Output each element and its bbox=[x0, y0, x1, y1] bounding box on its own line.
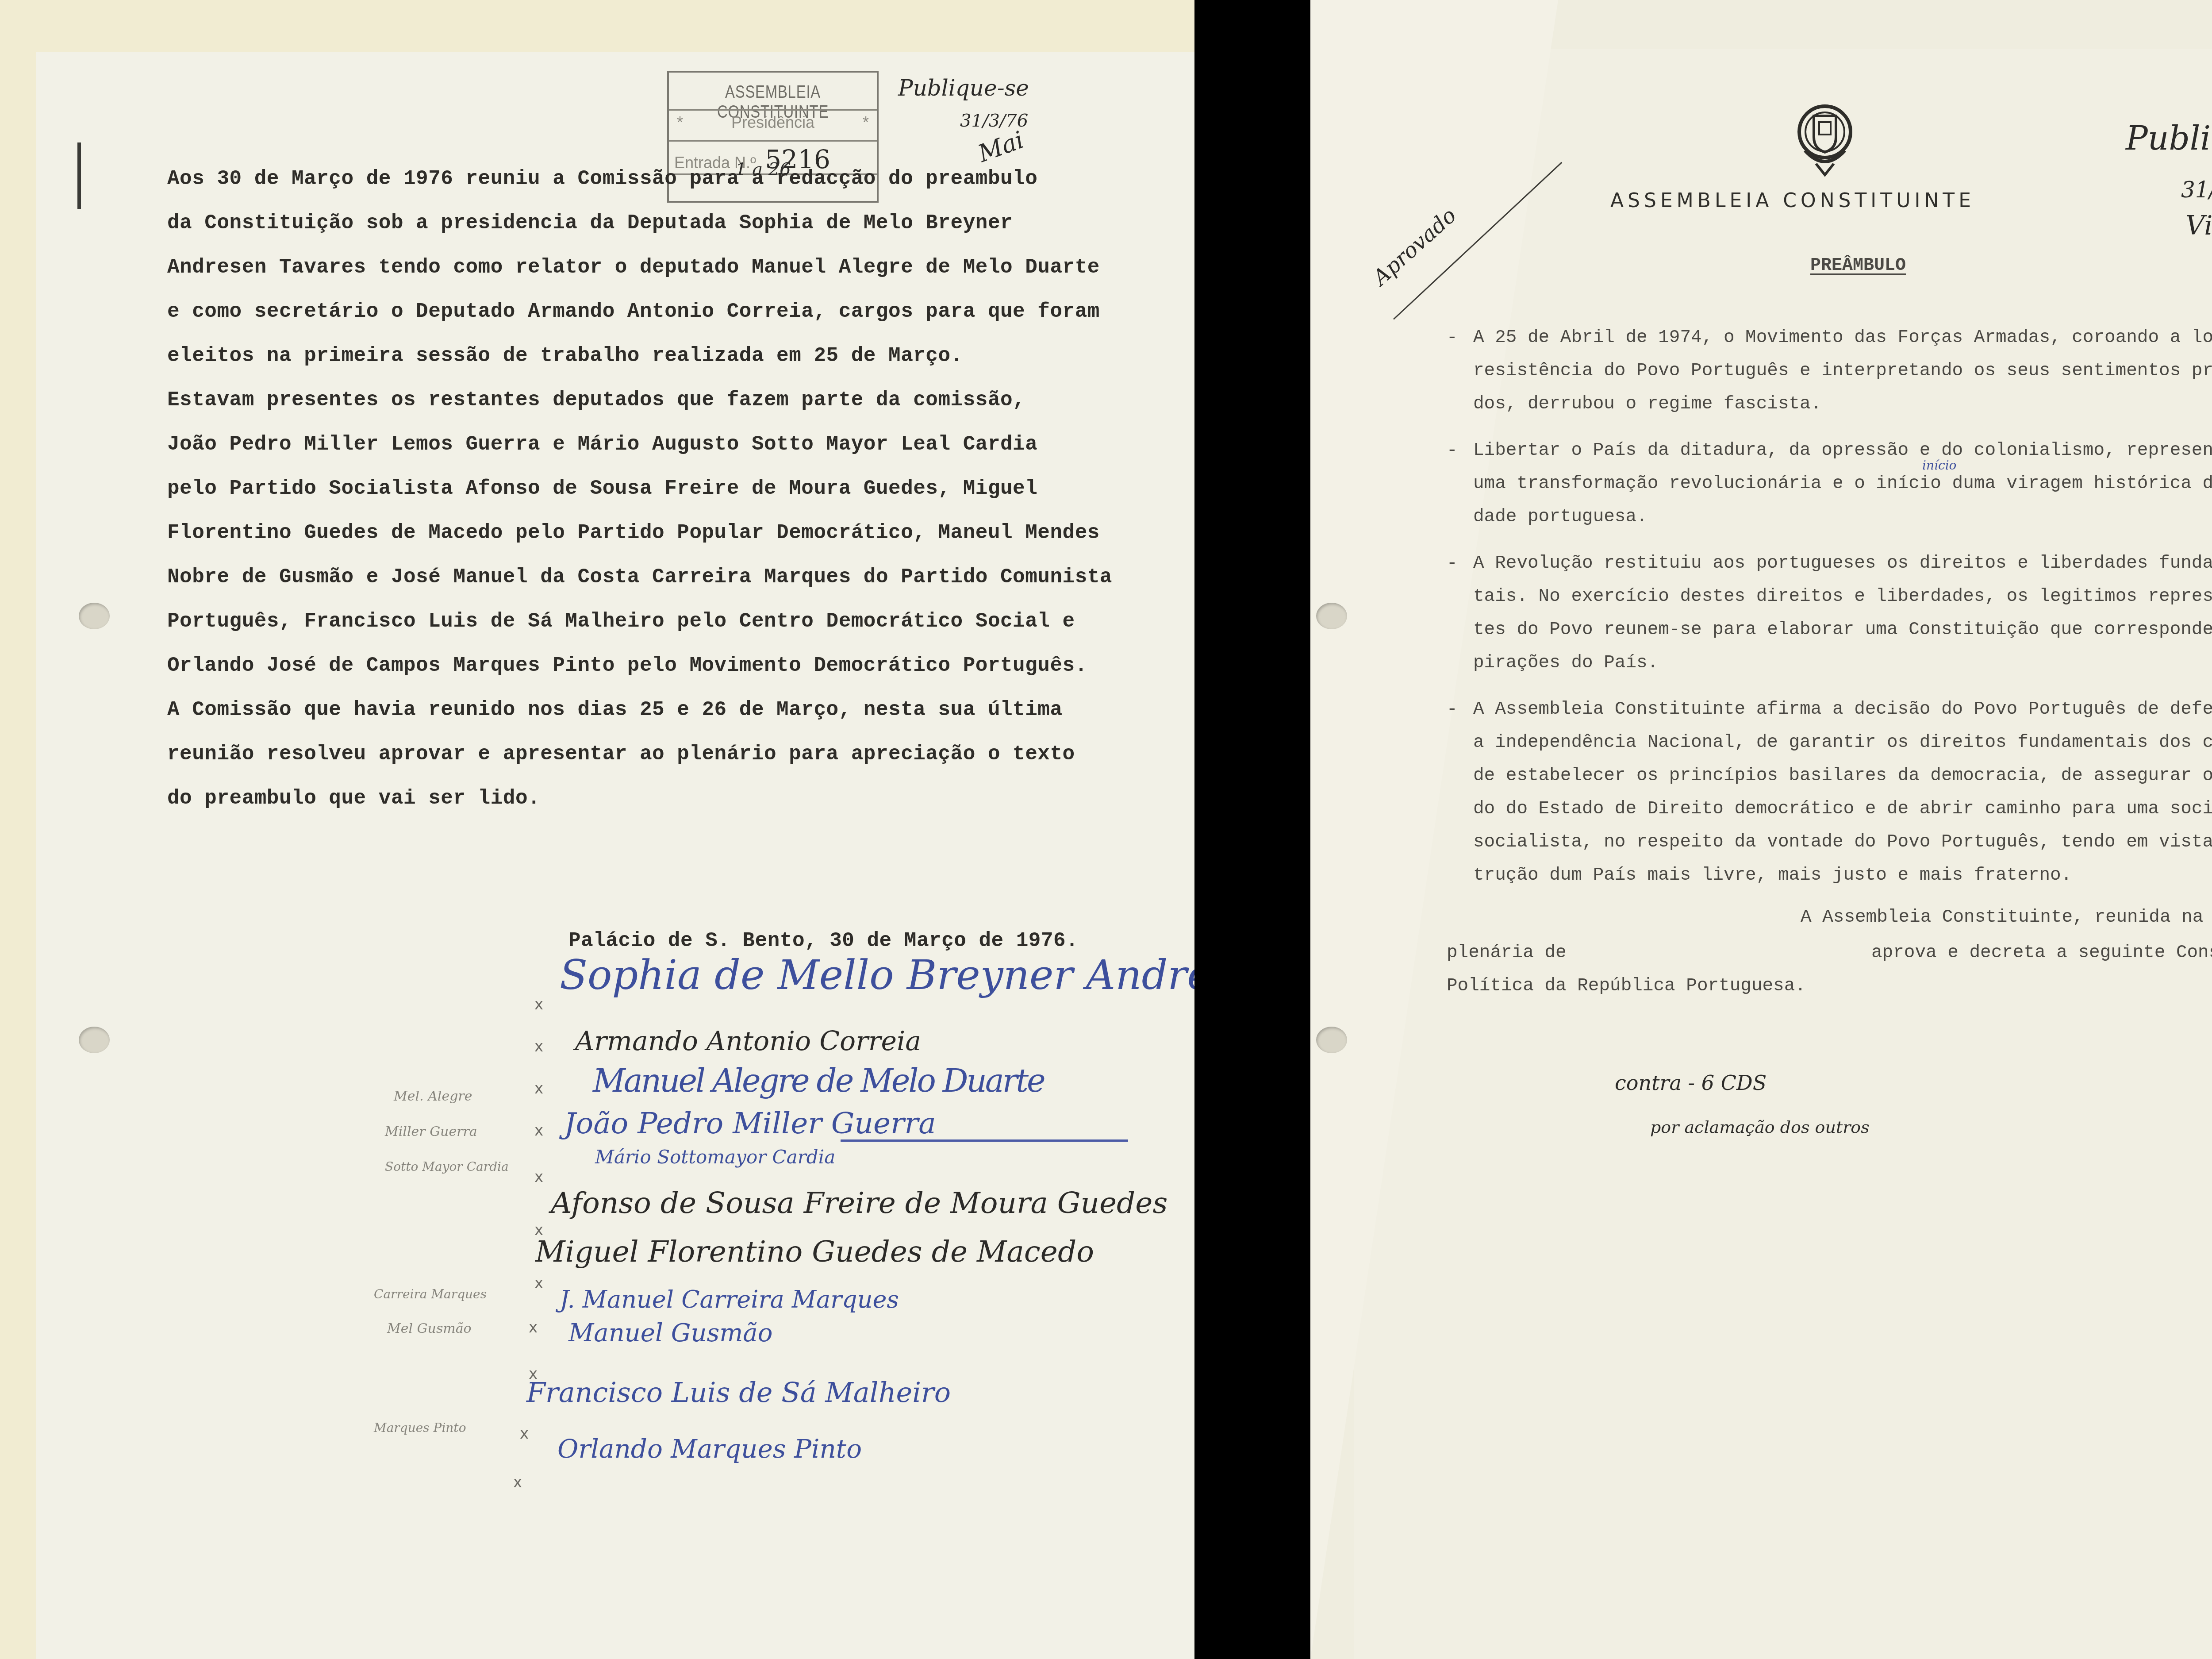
body-line: reunião resolveu aprovar e apresentar ao… bbox=[167, 743, 1075, 766]
margin-name-note: Miller Guerra bbox=[385, 1124, 477, 1139]
body-line: da Constituição sob a presidencia da Dep… bbox=[167, 212, 1013, 235]
place-date: Palácio de S. Bento, 30 de Março de 1976… bbox=[568, 929, 1078, 952]
punch-hole-top bbox=[79, 603, 110, 629]
signature: Armando Antonio Correia bbox=[575, 1026, 921, 1057]
x-mark: x bbox=[513, 1474, 522, 1491]
publish-annotation-date: 31/3/76 bbox=[2181, 177, 2212, 203]
signature: Miguel Florentino Guedes de Macedo bbox=[535, 1235, 1094, 1269]
paragraph-line: socialista, no respeito da vontade do Po… bbox=[1473, 832, 2212, 852]
paragraph-line: resistência do Povo Português e interpre… bbox=[1473, 361, 2212, 381]
x-mark: x bbox=[529, 1319, 538, 1336]
paragraph-line: A 25 de Abril de 1974, o Movimento das F… bbox=[1473, 327, 2212, 348]
paragraph-line: a independência Nacional, de garantir os… bbox=[1473, 732, 2212, 753]
paragraph-line: Libertar o País da ditadura, da opressão… bbox=[1473, 440, 2212, 461]
signature: Afonso de Sousa Freire de Moura Guedes bbox=[551, 1186, 1167, 1220]
signature: J. Manuel Carreira Marques bbox=[560, 1286, 899, 1313]
body-line: A Comissão que havia reunido nos dias 25… bbox=[167, 698, 1063, 721]
publish-annotation-signature: Vital Moreira bbox=[2185, 210, 2212, 241]
body-line: Andresen Tavares tendo como relator o de… bbox=[167, 256, 1100, 279]
paragraph-line: dade portuguesa. bbox=[1473, 507, 1647, 527]
body-line: pelo Partido Socialista Afonso de Sousa … bbox=[167, 477, 1037, 500]
body-line: Florentino Guedes de Macedo pelo Partido… bbox=[167, 521, 1100, 544]
bullet-dash: - bbox=[1447, 553, 1458, 574]
signature-flourish bbox=[841, 1139, 1128, 1142]
publish-annotation: Publique-se bbox=[898, 75, 1029, 101]
paragraph-line: de estabelecer os princípios basilares d… bbox=[1473, 766, 2212, 786]
punch-hole-bottom bbox=[79, 1027, 110, 1053]
x-mark: x bbox=[534, 1168, 543, 1186]
paragraph-line: trução dum País mais livre, mais justo e… bbox=[1473, 865, 2072, 885]
closing-line: plenária de bbox=[1447, 943, 1567, 963]
margin-name-note: Sotto Mayor Cardia bbox=[385, 1159, 509, 1174]
signature: Manuel Alegre de Melo Duarte bbox=[593, 1062, 1044, 1099]
body-line: do preambulo que vai ser lido. bbox=[167, 787, 540, 810]
stamp-dept: Presidência bbox=[731, 113, 814, 131]
body-line: e como secretário o Deputado Armando Ant… bbox=[167, 300, 1100, 323]
signature: Orlando Marques Pinto bbox=[557, 1434, 862, 1464]
closing-line: aprova e decreta a seguinte Constituição bbox=[1871, 943, 2212, 963]
assembly-header: ASSEMBLEIA CONSTITUINTE bbox=[1610, 189, 1975, 212]
punch-hole-bottom bbox=[1316, 1027, 1347, 1053]
x-mark: x bbox=[534, 1038, 543, 1055]
paragraph-line: uma transformação revolucionária e o iní… bbox=[1473, 473, 2212, 494]
punch-hole-top bbox=[1316, 603, 1347, 629]
body-line: João Pedro Miller Lemos Guerra e Mário A… bbox=[167, 433, 1037, 456]
paragraph-line: do do Estado de Direito democrático e de… bbox=[1473, 799, 2212, 819]
bullet-dash: - bbox=[1447, 440, 1458, 461]
signature: Sophia de Mello Breyner Andresen bbox=[560, 951, 1283, 999]
signature: Francisco Luis de Sá Malheiro bbox=[526, 1376, 951, 1409]
handwritten-correction: início bbox=[1922, 458, 1956, 473]
x-mark: x bbox=[534, 1080, 543, 1097]
paragraph-line: A Assembleia Constituinte afirma a decis… bbox=[1473, 699, 2212, 720]
margin-name-note: Mel Gusmão bbox=[387, 1321, 472, 1336]
signature: João Pedro Miller Guerra bbox=[564, 1106, 936, 1140]
body-line: Orlando José de Campos Marques Pinto pel… bbox=[167, 654, 1087, 677]
paragraph-line: A Revolução restituiu aos portugueses os… bbox=[1473, 553, 2212, 574]
x-mark: x bbox=[520, 1425, 529, 1443]
body-line: eleitos na primeira sessão de trabalho r… bbox=[167, 344, 963, 367]
stamp-star-icon: * bbox=[863, 113, 869, 132]
closing-line: Política da República Portuguesa. bbox=[1447, 976, 1806, 996]
x-mark: x bbox=[534, 996, 543, 1013]
vote-note: por aclamação dos outros bbox=[1650, 1117, 1870, 1137]
paragraph-line: dos, derrubou o regime fascista. bbox=[1473, 394, 1821, 414]
x-mark: x bbox=[534, 1122, 543, 1139]
page-divider bbox=[1194, 0, 1310, 1659]
body-line: Nobre de Gusmão e José Manuel da Costa C… bbox=[167, 566, 1112, 589]
paragraph-line: tes do Povo reunem-se para elaborar uma … bbox=[1473, 620, 2212, 640]
stamp-dept-row: * Presidência * bbox=[669, 113, 877, 132]
left-page-sheet bbox=[36, 52, 1194, 1659]
body-line: Estavam presentes os restantes deputados… bbox=[167, 389, 1025, 412]
margin-name-note: Carreira Marques bbox=[374, 1287, 487, 1301]
body-line: Aos 30 de Março de 1976 reuniu a Comissã… bbox=[167, 167, 1037, 190]
paragraph-line: tais. No exercício destes direitos e lib… bbox=[1473, 586, 2212, 607]
paragraph-line: pirações do País. bbox=[1473, 653, 1658, 673]
bullet-dash: - bbox=[1447, 699, 1458, 720]
margin-vertical-mark bbox=[77, 142, 81, 209]
publish-annotation: Publique-se bbox=[2126, 119, 2212, 158]
margin-name-note: Mel. Alegre bbox=[394, 1089, 472, 1104]
preamble-title: PREÂMBULO bbox=[1810, 256, 1906, 276]
bullet-dash: - bbox=[1447, 327, 1458, 348]
closing-line: A Assembleia Constituinte, reunida na se… bbox=[1801, 907, 2212, 928]
signature: Manuel Gusmão bbox=[568, 1319, 772, 1347]
margin-name-note: Marques Pinto bbox=[374, 1420, 466, 1435]
body-line: Português, Francisco Luis de Sá Malheiro… bbox=[167, 610, 1075, 633]
stamp-star-icon: * bbox=[677, 113, 683, 132]
coat-of-arms-icon bbox=[1792, 97, 1858, 181]
signature: Mário Sottomayor Cardia bbox=[595, 1146, 835, 1168]
vote-note: contra - 6 CDS bbox=[1615, 1071, 1767, 1095]
x-mark: x bbox=[534, 1274, 543, 1292]
